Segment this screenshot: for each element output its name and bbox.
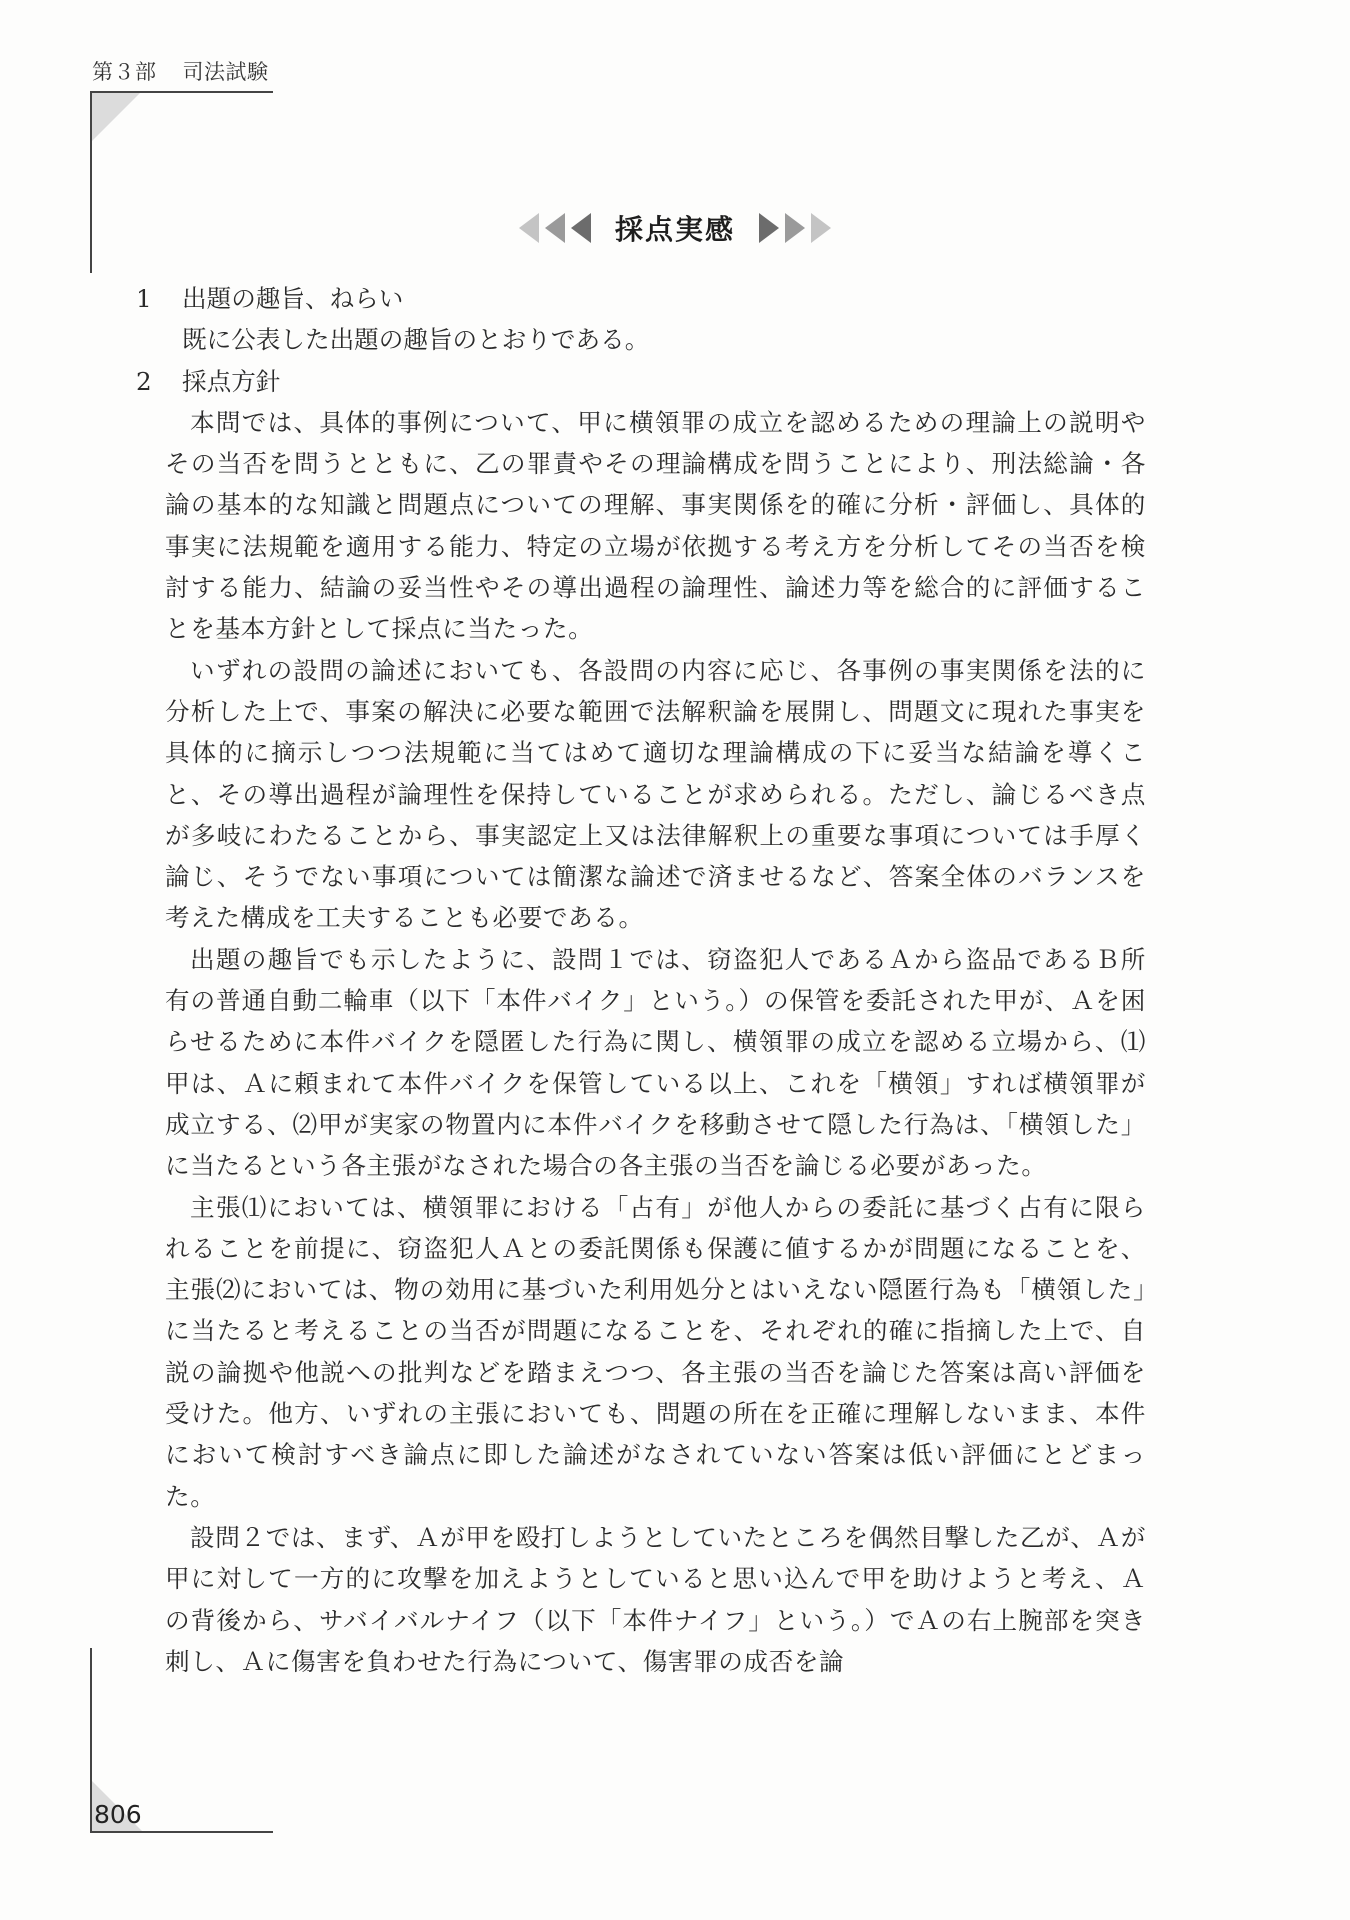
section-2-heading: 2 採点方針 (136, 361, 1146, 402)
corner-triangle-top-icon (92, 93, 140, 141)
page-number: 806 (94, 1800, 142, 1829)
triangle-right-light-icon (811, 213, 831, 243)
section-heading-text: 出題の趣旨、ねらい (182, 278, 403, 319)
document-body: 1 出題の趣旨、ねらい 既に公表した出題の趣旨のとおりである。 2 採点方針 本… (136, 278, 1146, 1682)
triangle-right-dark-icon (759, 213, 779, 243)
running-head-part: 第３部 (92, 60, 157, 84)
section-1-text: 既に公表した出題の趣旨のとおりである。 (136, 319, 1146, 360)
paragraph: 設問２では、まず、Ａが甲を殴打しようとしていたところを偶然目撃した乙が、Ａが甲に… (136, 1517, 1146, 1682)
running-head-title: 司法試験 (183, 60, 269, 84)
section-title-label: 採点実感 (605, 208, 745, 248)
triangle-right-mid-icon (785, 213, 805, 243)
running-head: 第３部司法試験 (92, 56, 269, 86)
section-1-heading: 1 出題の趣旨、ねらい (136, 278, 1146, 319)
paragraph: 主張⑴においては、横領罪における「占有」が他人からの委託に基づく占有に限られるこ… (136, 1187, 1146, 1517)
right-arrows (759, 213, 831, 243)
paragraph: 本問では、具体的事例について、甲に横領罪の成立を認めるための理論上の説明やその当… (136, 402, 1146, 650)
section-heading-text: 採点方針 (182, 361, 280, 402)
section-number: 1 (136, 278, 182, 319)
triangle-left-dark-icon (571, 213, 591, 243)
section-title: 採点実感 (0, 208, 1350, 248)
left-arrows (519, 213, 591, 243)
triangle-left-mid-icon (545, 213, 565, 243)
paragraph: 出題の趣旨でも示したように、設問１では、窃盗犯人であるＡから盗品であるＢ所有の普… (136, 939, 1146, 1187)
frame-bottom-rule (90, 1831, 273, 1833)
paragraph: いずれの設問の論述においても、各設問の内容に応じ、各事例の事実関係を法的に分析し… (136, 650, 1146, 939)
section-number: 2 (136, 361, 182, 402)
triangle-left-light-icon (519, 213, 539, 243)
